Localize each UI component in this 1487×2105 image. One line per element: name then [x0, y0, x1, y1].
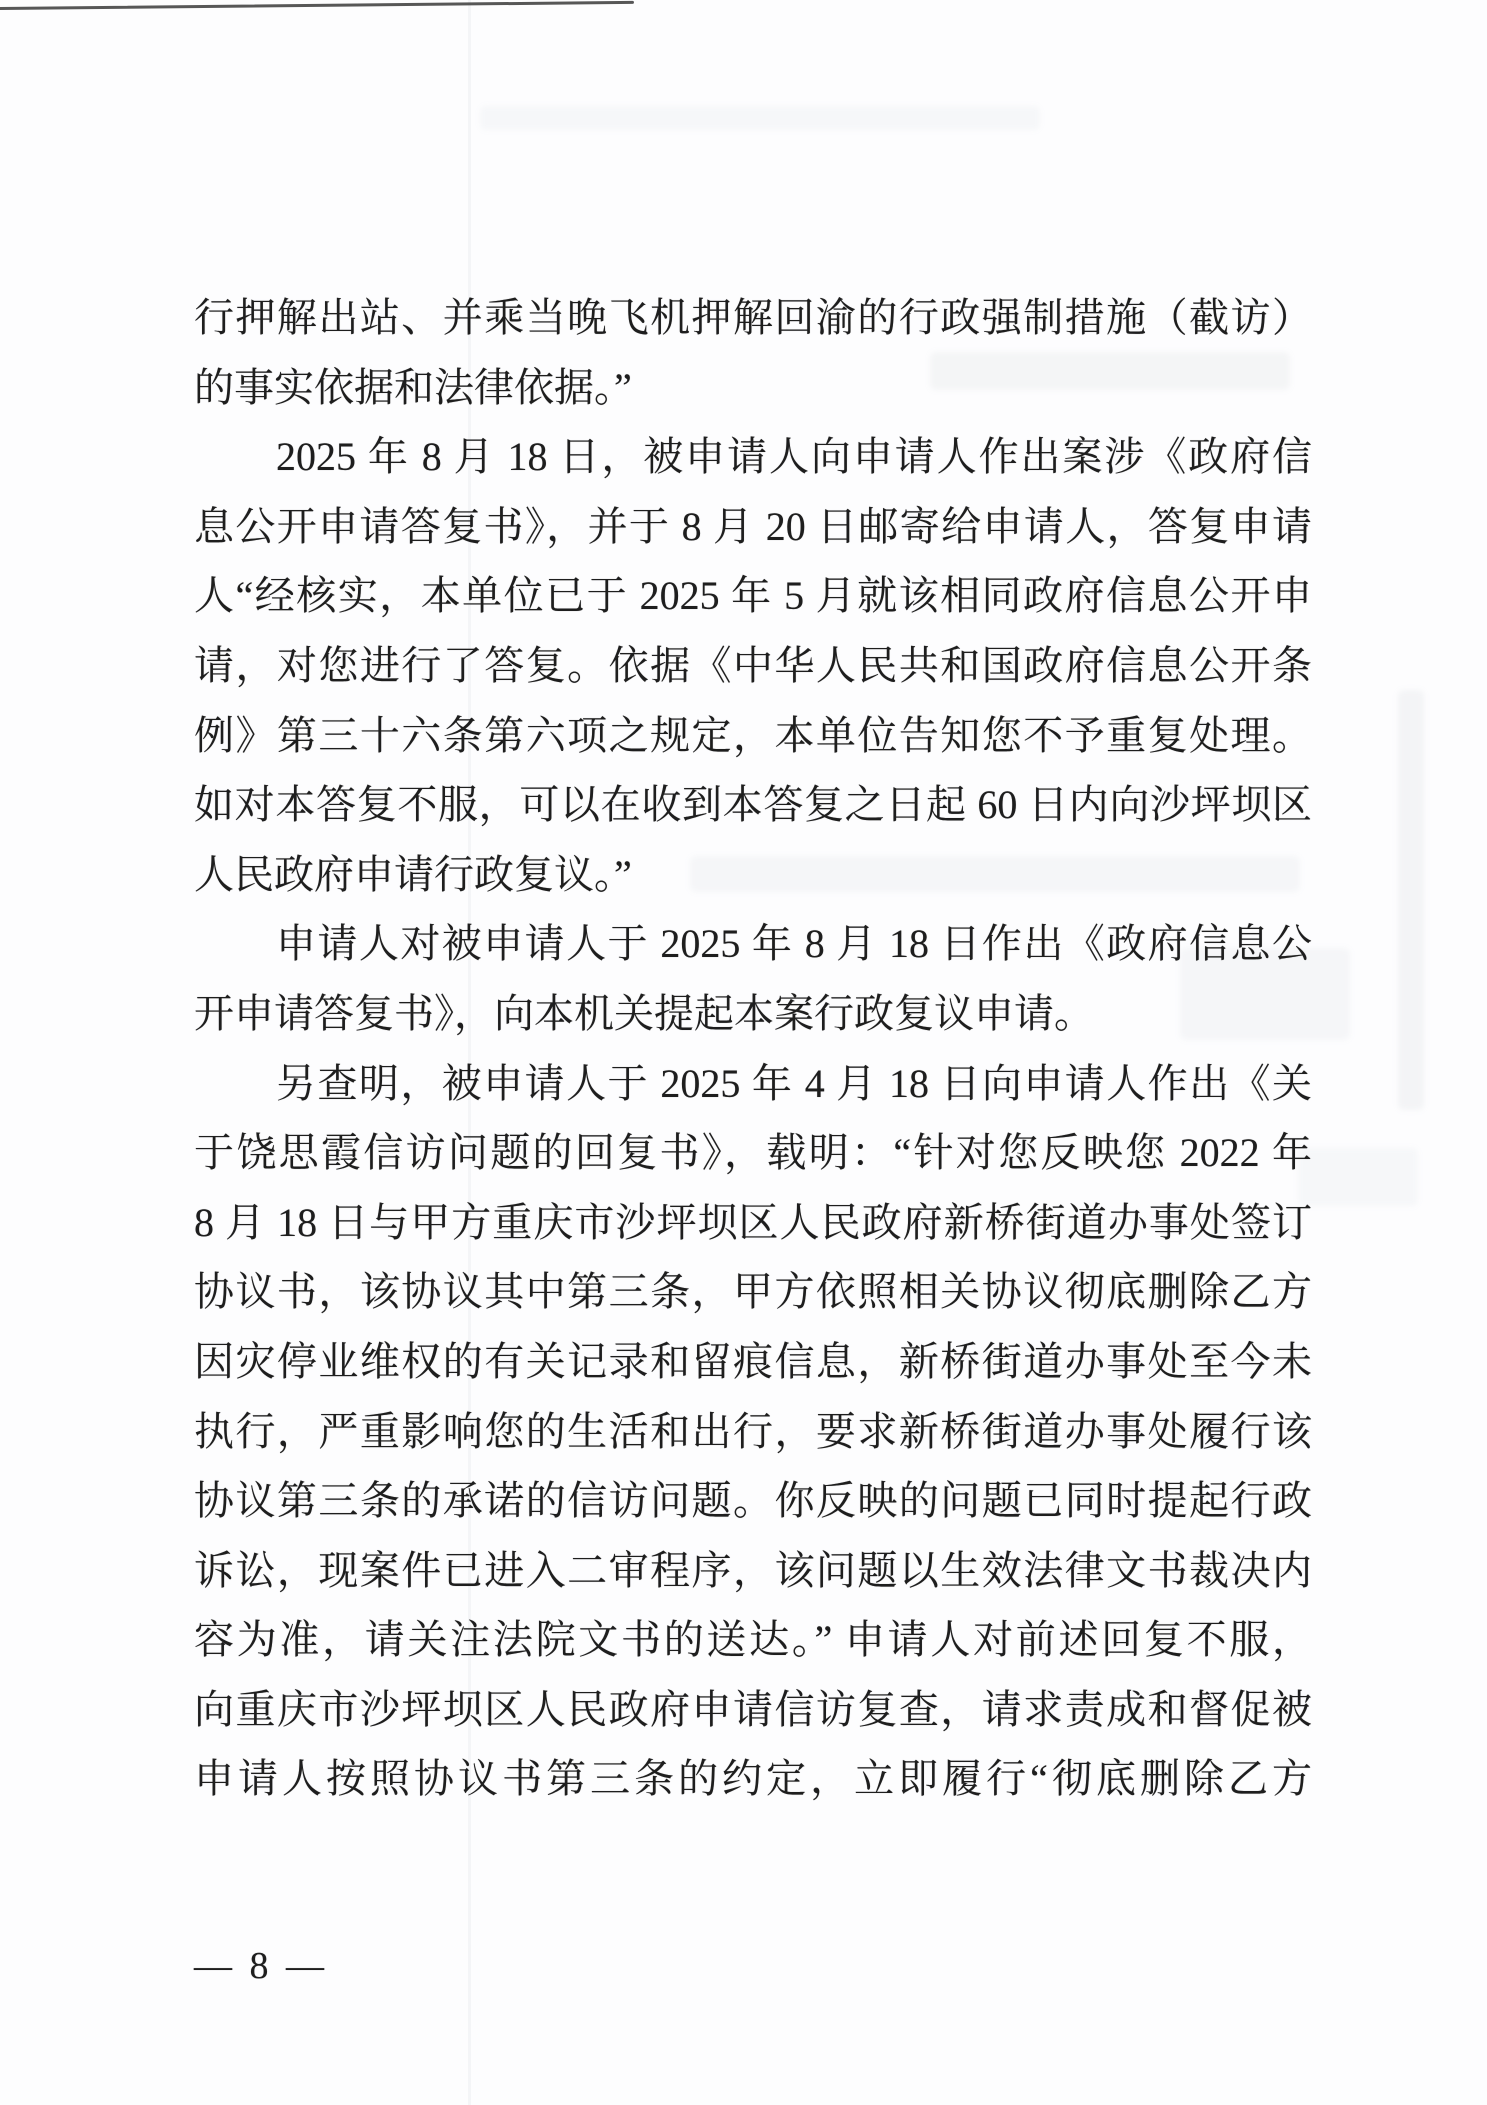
document-line: 2025 年 8 月 18 日，被申请人向申请人作出案涉《政府信 — [194, 422, 1312, 492]
bleedthrough-artifact — [1298, 1148, 1418, 1206]
document-line: 行押解出站、并乘当晚飞机押解回渝的行政强制措施（截访） — [194, 283, 1312, 353]
page-number: — 8 — — [194, 1942, 328, 1990]
document-line: 8 月 18 日与甲方重庆市沙坪坝区人民政府新桥街道办事处签订 — [194, 1188, 1312, 1258]
document-line: 息公开申请答复书》，并于 8 月 20 日邮寄给申请人，答复申请 — [194, 492, 1312, 562]
document-line: 因灾停业维权的有关记录和留痕信息，新桥街道办事处至今未 — [194, 1327, 1312, 1397]
document-line: 容为准，请关注法院文书的送达。” 申请人对前述回复不服， — [194, 1605, 1312, 1675]
document-line: 人民政府申请行政复议。” — [194, 840, 1312, 910]
document-line: 例》第三十六条第六项之规定，本单位告知您不予重复处理。 — [194, 701, 1312, 771]
document-line: 申请人按照协议书第三条的约定，立即履行“彻底删除乙方 — [194, 1744, 1312, 1814]
document-text-block: 行押解出站、并乘当晚飞机押解回渝的行政强制措施（截访）的事实依据和法律依据。”2… — [194, 283, 1312, 1814]
document-line: 协议书，该协议其中第三条，甲方依照相关协议彻底删除乙方 — [194, 1257, 1312, 1327]
document-line: 如对本答复不服，可以在收到本答复之日起 60 日内向沙坪坝区 — [194, 770, 1312, 840]
document-line: 的事实依据和法律依据。” — [194, 353, 1312, 423]
document-line: 开申请答复书》，向本机关提起本案行政复议申请。 — [194, 979, 1312, 1049]
document-page: 行押解出站、并乘当晚飞机押解回渝的行政强制措施（截访）的事实依据和法律依据。”2… — [0, 0, 1487, 2105]
document-line: 协议第三条的承诺的信访问题。你反映的问题已同时提起行政 — [194, 1466, 1312, 1536]
scan-edge-line — [0, 1, 634, 10]
bleedthrough-artifact — [480, 106, 1040, 130]
document-line: 人“经核实，本单位已于 2025 年 5 月就该相同政府信息公开申 — [194, 561, 1312, 631]
document-line: 于饶思霞信访问题的回复书》，载明：“针对您反映您 2022 年 — [194, 1118, 1312, 1188]
document-line: 执行，严重影响您的生活和出行，要求新桥街道办事处履行该 — [194, 1397, 1312, 1467]
document-line: 诉讼，现案件已进入二审程序，该问题以生效法律文书裁决内 — [194, 1536, 1312, 1606]
document-line: 另查明，被申请人于 2025 年 4 月 18 日向申请人作出《关 — [194, 1049, 1312, 1119]
document-line: 申请人对被申请人于 2025 年 8 月 18 日作出《政府信息公 — [194, 909, 1312, 979]
bleedthrough-artifact — [1398, 690, 1424, 1110]
document-line: 请，对您进行了答复。依据《中华人民共和国政府信息公开条 — [194, 631, 1312, 701]
document-line: 向重庆市沙坪坝区人民政府申请信访复查，请求责成和督促被 — [194, 1675, 1312, 1745]
